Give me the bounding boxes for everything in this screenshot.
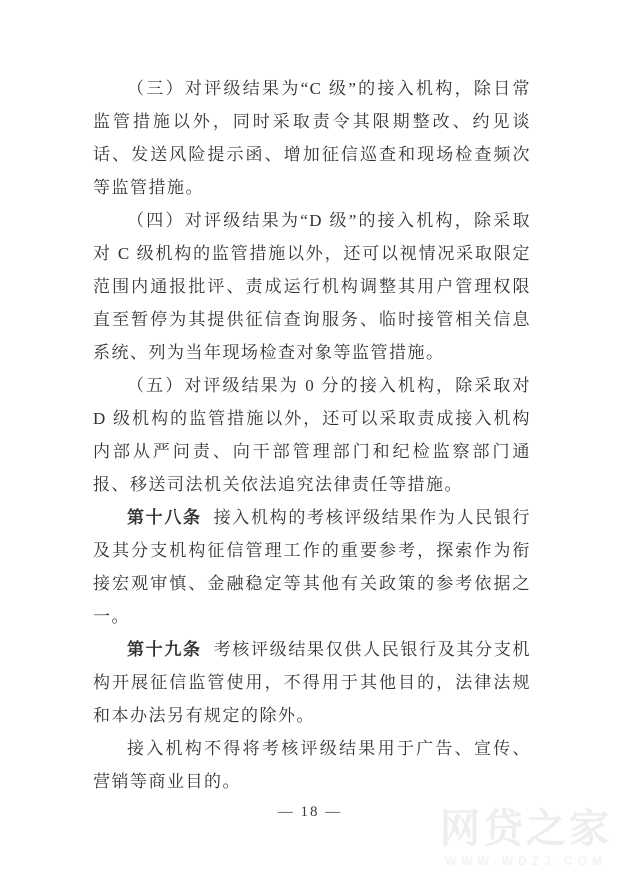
paragraph-commercial-use: 接入机构不得将考核评级结果用于广告、宣传、营销等商业目的。 bbox=[93, 732, 531, 798]
paragraph-article-18: 第十八条接入机构的考核评级结果作为人民银行及其分支机构征信管理工作的重要参考，探… bbox=[93, 501, 531, 633]
paragraph-text: （五）对评级结果为 0 分的接入机构，除采取对 D 级机构的监管措施以外，还可以… bbox=[93, 376, 531, 494]
document-page: （三）对评级结果为“C 级”的接入机构，除日常监管措施以外，同时采取责令其限期整… bbox=[0, 0, 620, 876]
watermark-url-text: WWW.WDZJ.COM bbox=[440, 854, 612, 868]
watermark-brand-text: 网贷之家 bbox=[440, 807, 612, 851]
paragraph-text: 接入机构不得将考核评级结果用于广告、宣传、营销等商业目的。 bbox=[93, 739, 531, 791]
article-19-heading: 第十九条 bbox=[127, 640, 202, 659]
watermark: 网贷之家 WWW.WDZJ.COM bbox=[440, 807, 612, 868]
document-body: （三）对评级结果为“C 级”的接入机构，除日常监管措施以外，同时采取责令其限期整… bbox=[93, 72, 531, 798]
article-18-heading: 第十八条 bbox=[127, 508, 202, 527]
paragraph-clause-5: （五）对评级结果为 0 分的接入机构，除采取对 D 级机构的监管措施以外，还可以… bbox=[93, 369, 531, 501]
paragraph-article-19: 第十九条考核评级结果仅供人民银行及其分支机构开展征信监管使用，不得用于其他目的，… bbox=[93, 633, 531, 732]
paragraph-text: （三）对评级结果为“C 级”的接入机构，除日常监管措施以外，同时采取责令其限期整… bbox=[93, 79, 531, 197]
paragraph-clause-3: （三）对评级结果为“C 级”的接入机构，除日常监管措施以外，同时采取责令其限期整… bbox=[93, 72, 531, 204]
paragraph-text: （四）对评级结果为“D 级”的接入机构，除采取对 C 级机构的监管措施以外，还可… bbox=[93, 211, 531, 362]
paragraph-clause-4: （四）对评级结果为“D 级”的接入机构，除采取对 C 级机构的监管措施以外，还可… bbox=[93, 204, 531, 369]
